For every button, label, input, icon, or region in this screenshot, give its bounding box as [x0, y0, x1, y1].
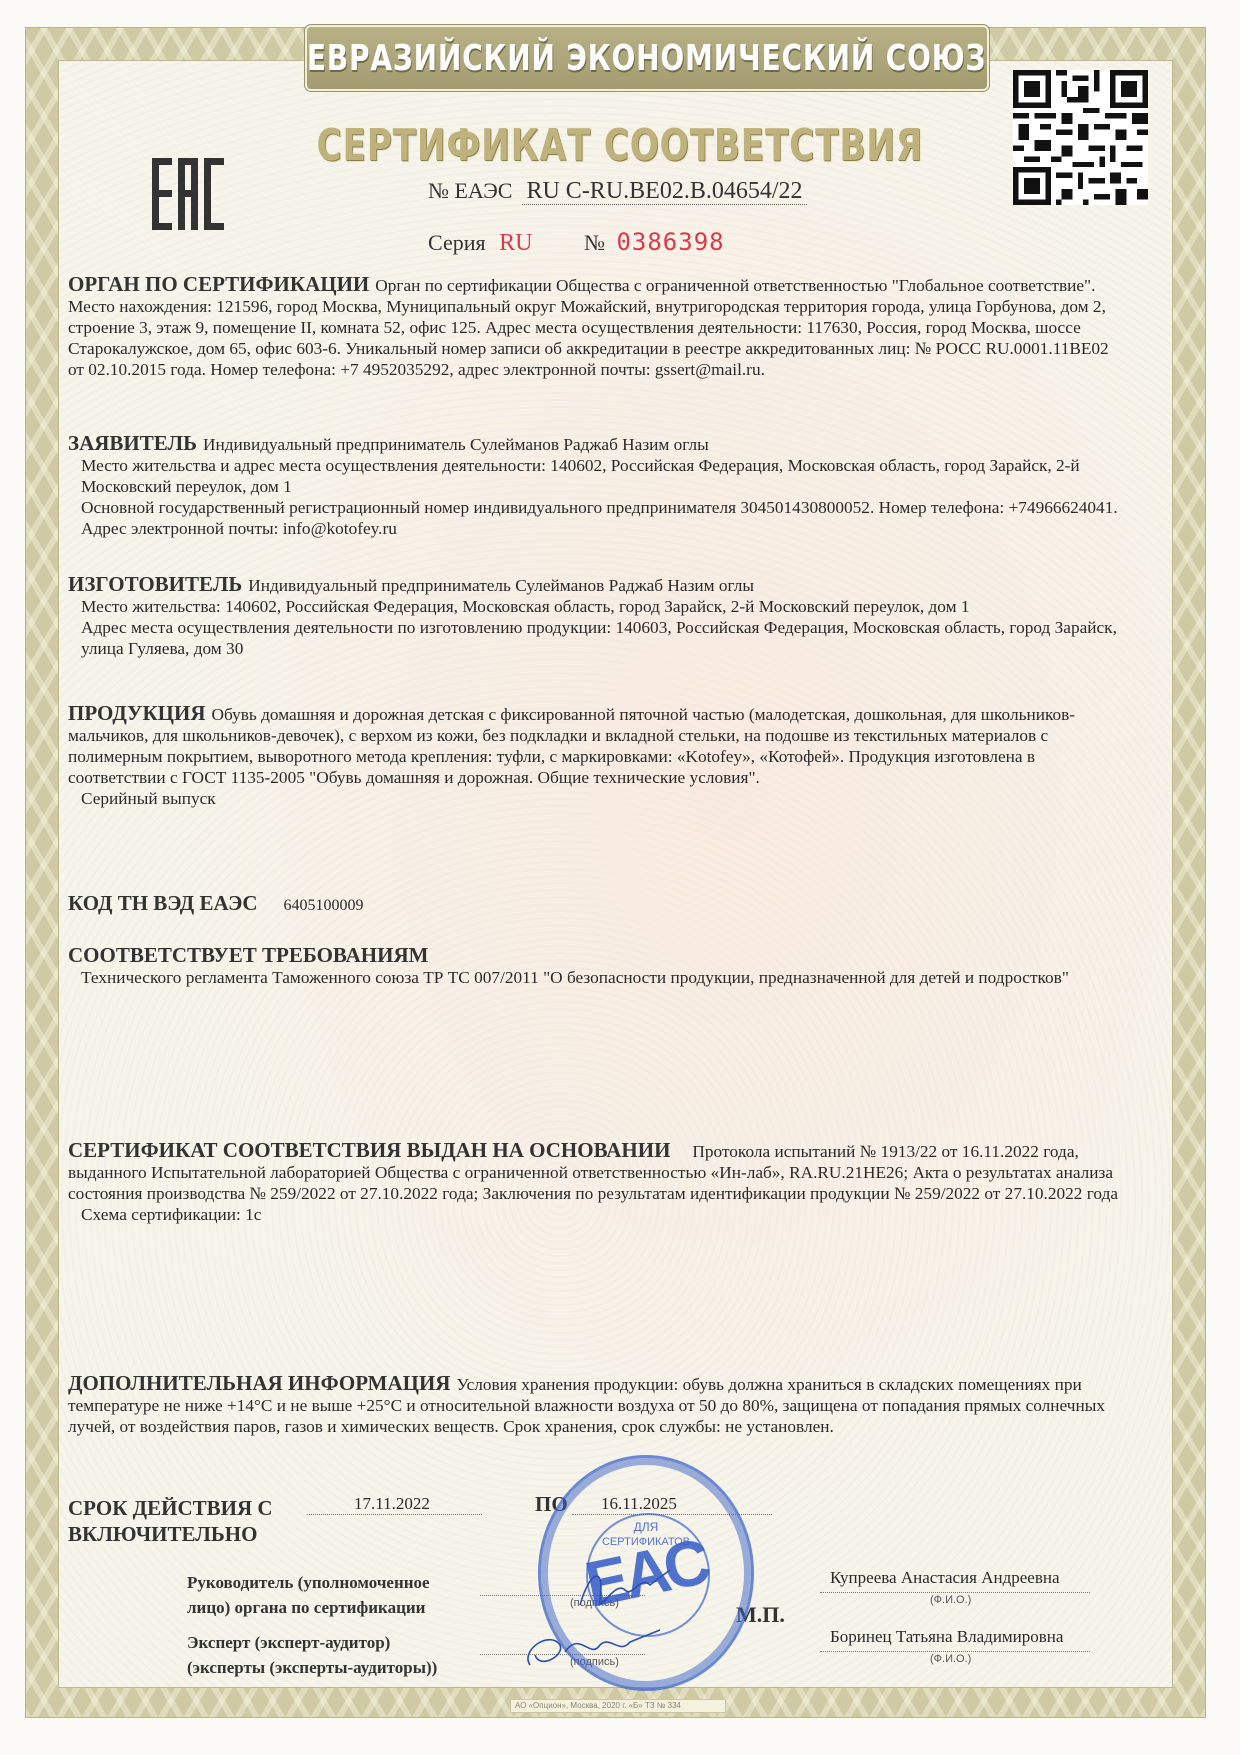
head-label: Руководитель (уполномоченное лицо) орган…: [187, 1570, 430, 1620]
production-type: Серийный выпуск: [68, 788, 1128, 809]
validity-inclusive-label: ВКЛЮЧИТЕЛЬНО: [68, 1522, 257, 1547]
section-product: ПРОДУКЦИЯОбувь домашняя и дорожная детск…: [68, 703, 1128, 809]
applicant-name: Индивидуальный предприниматель Сулеймано…: [203, 435, 709, 454]
number-value: RU C-RU.BE02.B.04654/22: [522, 178, 806, 205]
blank-number-value: 0386398: [616, 228, 724, 256]
manufacturer-heading: ИЗГОТОВИТЕЛЬ: [68, 572, 242, 596]
signature-scribbles-icon: [520, 1560, 690, 1680]
printer-mark: АО «Опцион», Москва, 2020 г. «Б» ТЗ № 33…: [510, 1699, 726, 1713]
certificate-number: № ЕАЭСRU C-RU.BE02.B.04654/22: [428, 178, 807, 205]
manufacturer-name: Индивидуальный предприниматель Сулеймано…: [248, 576, 754, 595]
section-additional-info: ДОПОЛНИТЕЛЬНАЯ ИНФОРМАЦИЯУсловия хранени…: [68, 1373, 1128, 1437]
number-label: № ЕАЭС: [428, 178, 512, 203]
certification-scheme: Схема сертификации: 1с: [68, 1204, 1128, 1225]
conforms-text: Технического регламента Таможенного союз…: [68, 967, 1128, 988]
product-text: Обувь домашняя и дорожная детская с фикс…: [68, 705, 1075, 787]
section-certification-body: ОРГАН ПО СЕРТИФИКАЦИИОрган по сертификац…: [68, 274, 1128, 380]
validity-from-label: СРОК ДЕЙСТВИЯ С: [68, 1496, 273, 1520]
union-banner: ЕВРАЗИЙСКИЙ ЭКОНОМИЧЕСКИЙ СОЮЗ: [305, 25, 989, 91]
applicant-registration: Основной государственный регистрационный…: [68, 497, 1128, 539]
section-conforms: СООТВЕТСТВУЕТ ТРЕБОВАНИЯМ Технического р…: [68, 945, 1128, 988]
basis-heading: СЕРТИФИКАТ СООТВЕТСТВИЯ ВЫДАН НА ОСНОВАН…: [68, 1138, 670, 1162]
tn-ved-heading: КОД ТН ВЭД ЕАЭС: [68, 891, 258, 915]
series-label: Серия: [428, 230, 486, 255]
expert-fio-caption: (Ф.И.О.): [930, 1653, 971, 1665]
manufacturer-residence: Место жительства: 140602, Российская Фед…: [68, 596, 1128, 617]
manufacturer-production-address: Адрес места осуществления деятельности п…: [68, 617, 1128, 659]
section-basis: СЕРТИФИКАТ СООТВЕТСТВИЯ ВЫДАН НА ОСНОВАН…: [68, 1140, 1128, 1225]
head-fio-caption: (Ф.И.О.): [930, 1594, 971, 1606]
head-name-line: [820, 1592, 1090, 1593]
applicant-heading: ЗАЯВИТЕЛЬ: [68, 431, 197, 455]
expert-label: Эксперт (эксперт-аудитор) (эксперты (экс…: [187, 1630, 437, 1680]
expert-name: Боринец Татьяна Владимировна: [830, 1627, 1063, 1647]
qr-code-icon: [1013, 70, 1148, 205]
tn-ved-code: 6405100009: [284, 897, 364, 914]
union-name: ЕВРАЗИЙСКИЙ ЭКОНОМИЧЕСКИЙ СОЮЗ: [307, 38, 986, 79]
validity-from-date: 17.11.2022: [354, 1494, 430, 1514]
section-applicant: ЗАЯВИТЕЛЬИндивидуальный предприниматель …: [68, 433, 1128, 539]
series-value: RU: [499, 230, 532, 256]
expert-name-line: [820, 1651, 1090, 1652]
certification-body-heading: ОРГАН ПО СЕРТИФИКАЦИИ: [68, 272, 369, 296]
additional-info-heading: ДОПОЛНИТЕЛЬНАЯ ИНФОРМАЦИЯ: [68, 1371, 450, 1395]
section-tn-ved: КОД ТН ВЭД ЕАЭС6405100009: [68, 893, 1128, 916]
validity-from-line: [307, 1514, 482, 1515]
section-manufacturer: ИЗГОТОВИТЕЛЬИндивидуальный предпринимате…: [68, 574, 1128, 659]
conforms-heading: СООТВЕТСТВУЕТ ТРЕБОВАНИЯМ: [68, 943, 428, 967]
applicant-address: Место жительства и адрес места осуществл…: [68, 455, 1128, 497]
series-line: Серия RU № 0386398: [428, 228, 725, 257]
blank-number-label: №: [584, 230, 605, 255]
product-heading: ПРОДУКЦИЯ: [68, 701, 206, 725]
head-name: Купреева Анастасия Андреевна: [830, 1568, 1060, 1588]
